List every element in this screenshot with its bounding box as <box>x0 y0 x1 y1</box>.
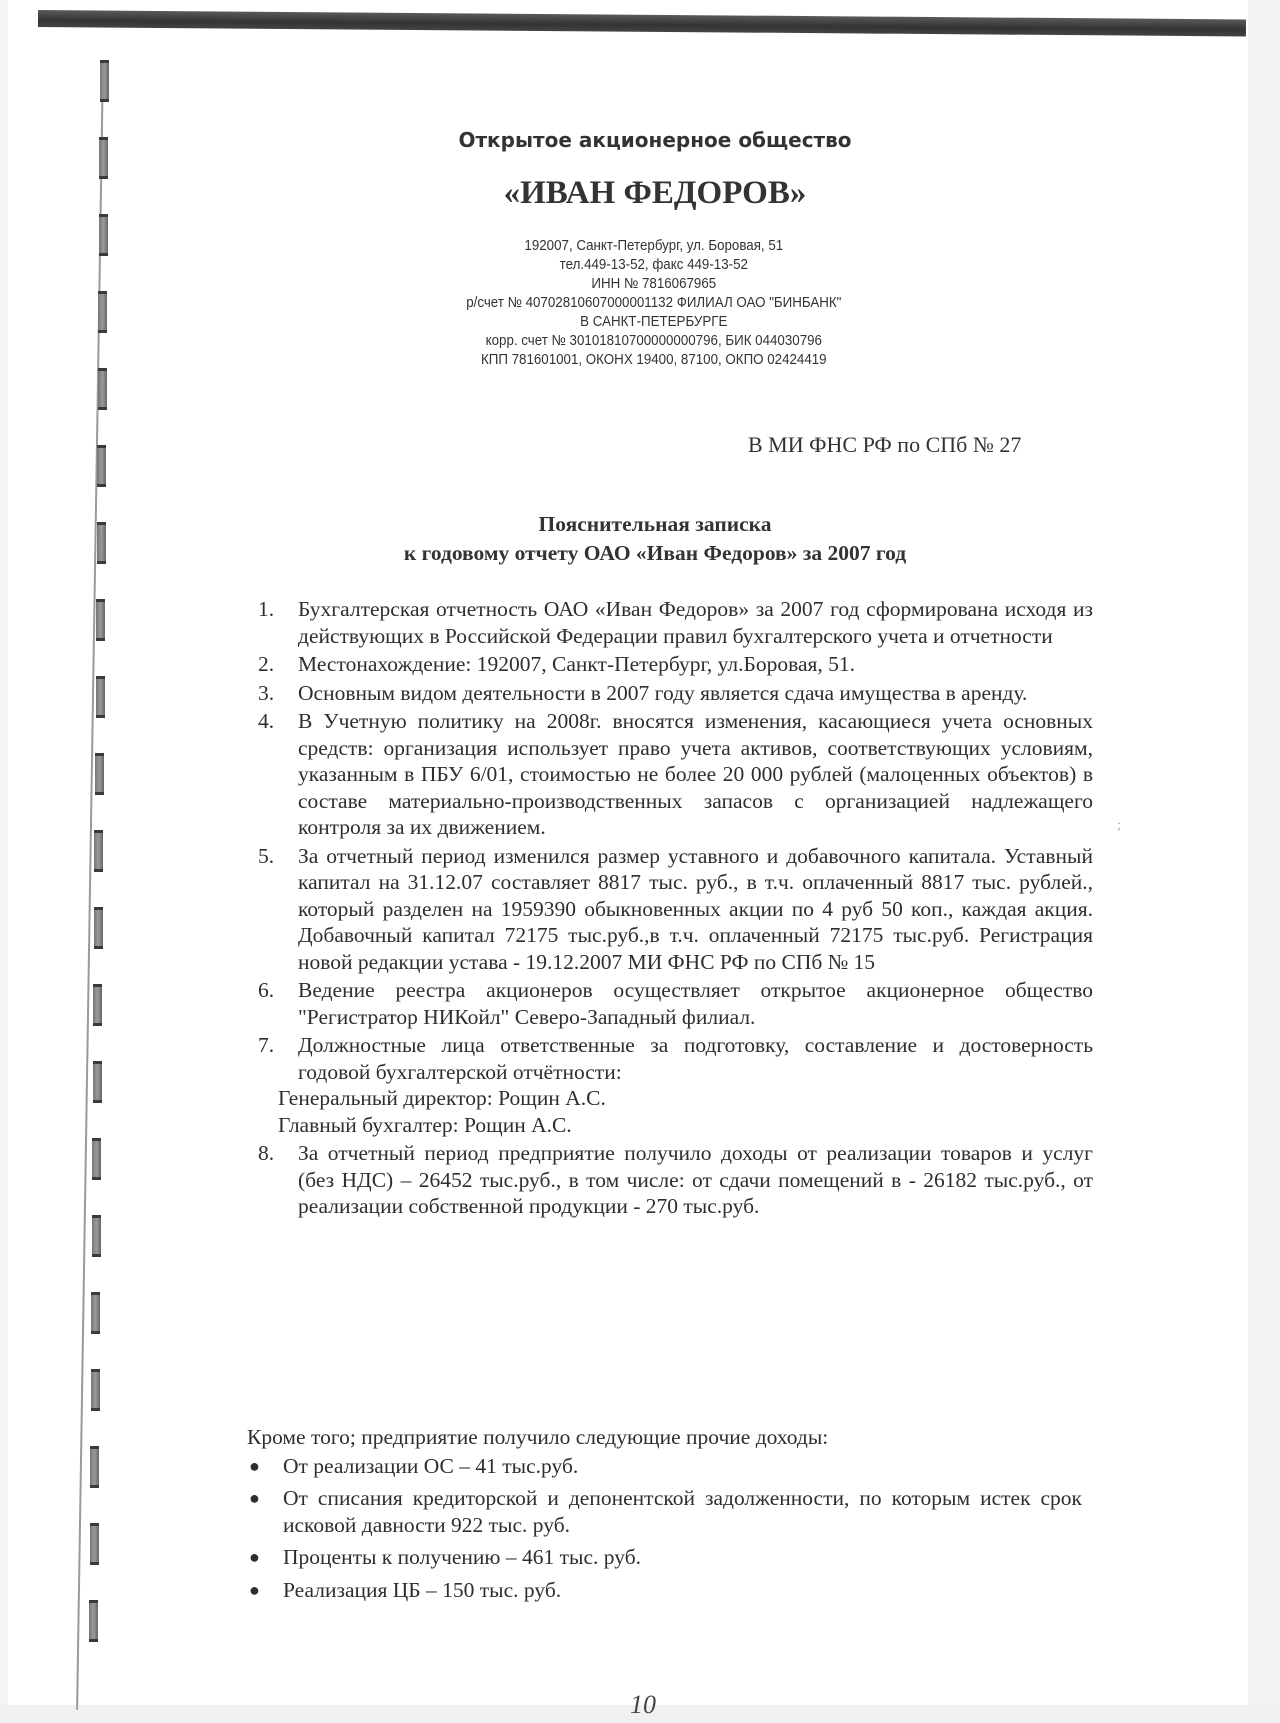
list-item: 1.Бухгалтерская отчетность ОАО «Иван Фед… <box>258 596 1093 649</box>
bullet-item: ●Проценты к получению – 461 тыс. руб. <box>247 1544 1082 1571</box>
binding-mark <box>90 1523 99 1565</box>
binding-mark <box>89 1600 98 1642</box>
list-item: 6.Ведение реестра акционеров осуществляе… <box>258 977 1093 1030</box>
detail-bank-city: В САНКТ-ПЕТЕРБУРГЕ <box>79 313 1229 332</box>
item-number: 4. <box>258 708 274 735</box>
binding-mark <box>93 1061 102 1103</box>
item-number: 8. <box>258 1140 274 1167</box>
binding-mark <box>96 599 105 641</box>
binding-mark <box>91 1292 100 1334</box>
binding-mark <box>90 1446 99 1488</box>
binding-mark <box>92 1138 101 1180</box>
item-number: 7. <box>258 1032 274 1059</box>
other-income-list: ●От реализации ОС – 41 тыс.руб. ●От спис… <box>247 1453 1082 1604</box>
title-line-2: к годовому отчету ОАО «Иван Федоров» за … <box>30 539 1280 568</box>
item-text: За отчетный период изменился размер уста… <box>298 844 1093 974</box>
item-text: В Учетную политику на 2008г. вносятся из… <box>298 709 1093 839</box>
bullet-dot-icon: ● <box>249 1453 260 1480</box>
binding-mark <box>95 753 104 795</box>
bullet-text: Проценты к получению – 461 тыс. руб. <box>283 1545 641 1569</box>
company-details: 192007, Санкт-Петербург, ул. Боровая, 51… <box>51 237 1229 370</box>
page-number: 10 <box>630 1690 656 1720</box>
bullet-dot-icon: ● <box>249 1544 260 1571</box>
other-income-section: Кроме того; предприятие получило следующ… <box>247 1424 1082 1609</box>
list-item: 7.Должностные лица ответственные за подг… <box>258 1032 1093 1138</box>
bullet-text: От списания кредиторской и депонентской … <box>283 1486 1082 1537</box>
binding-mark <box>94 830 103 872</box>
other-income-intro: Кроме того; предприятие получило следующ… <box>247 1424 1082 1451</box>
binding-mark <box>97 445 106 487</box>
recipient: В МИ ФНС РФ по СПб № 27 <box>748 432 1021 458</box>
bullet-dot-icon: ● <box>249 1577 260 1604</box>
list-item: 8.За отчетный период предприятие получил… <box>258 1140 1093 1220</box>
item-number: 3. <box>258 680 274 707</box>
company-name: «ИВАН ФЕДОРОВ» <box>0 175 1280 212</box>
list-item: 2.Местонахождение: 192007, Санкт-Петербу… <box>258 651 1093 678</box>
detail-inn: ИНН № 7816067965 <box>79 275 1229 294</box>
company-type: Открытое акционерное общество <box>0 128 1280 152</box>
item-number: 1. <box>258 596 274 623</box>
binding-mark <box>94 907 103 949</box>
scan-edge-right <box>1250 0 1280 1723</box>
binding-mark <box>93 984 102 1026</box>
bullet-dot-icon: ● <box>249 1485 260 1512</box>
item-text: За отчетный период предприятие получило … <box>298 1141 1093 1218</box>
list-item: 5.За отчетный период изменился размер ус… <box>258 843 1093 976</box>
margin-mark: ; <box>1117 818 1121 834</box>
detail-phone: тел.449-13-52, факс 449-13-52 <box>79 256 1229 275</box>
binding-mark <box>92 1215 101 1257</box>
item-text: Ведение реестра акционеров осуществляет … <box>298 978 1093 1029</box>
binding-mark <box>96 676 105 718</box>
binding-mark <box>100 60 109 102</box>
item-number: 2. <box>258 651 274 678</box>
item-number: 5. <box>258 843 274 870</box>
bullet-item: ●От списания кредиторской и депонентской… <box>247 1485 1082 1538</box>
list-item: 4.В Учетную политику на 2008г. вносятся … <box>258 708 1093 841</box>
title-line-1: Пояснительная записка <box>30 510 1280 539</box>
binding-mark <box>98 368 107 410</box>
detail-corr-account: корр. счет № 30101810700000000796, БИК 0… <box>79 332 1229 351</box>
bullet-item: ●От реализации ОС – 41 тыс.руб. <box>247 1453 1082 1480</box>
general-director: Генеральный директор: Рощин А.С. <box>278 1085 1093 1112</box>
detail-codes: КПП 781601001, ОКОНХ 19400, 87100, ОКПО … <box>79 351 1229 370</box>
item-text: Должностные лица ответственные за подгот… <box>298 1033 1093 1084</box>
bullet-text: Реализация ЦБ – 150 тыс. руб. <box>283 1578 561 1602</box>
item-number: 6. <box>258 977 274 1004</box>
detail-address: 192007, Санкт-Петербург, ул. Боровая, 51 <box>79 237 1229 256</box>
item-text: Бухгалтерская отчетность ОАО «Иван Федор… <box>298 597 1093 648</box>
document-title: Пояснительная записка к годовому отчету … <box>0 510 1280 568</box>
item-text: Основным видом деятельности в 2007 году … <box>298 681 1027 705</box>
bullet-item: ●Реализация ЦБ – 150 тыс. руб. <box>247 1577 1082 1604</box>
chief-accountant: Главный бухгалтер: Рощин А.С. <box>278 1112 1093 1139</box>
detail-account: р/счет № 40702810607000001132 ФИЛИАЛ ОАО… <box>79 294 1229 313</box>
list-item: 3.Основным видом деятельности в 2007 год… <box>258 680 1093 707</box>
binding-mark <box>91 1369 100 1411</box>
item-text: Местонахождение: 192007, Санкт-Петербург… <box>298 652 855 676</box>
numbered-items: 1.Бухгалтерская отчетность ОАО «Иван Фед… <box>258 596 1093 1222</box>
bullet-text: От реализации ОС – 41 тыс.руб. <box>283 1454 578 1478</box>
